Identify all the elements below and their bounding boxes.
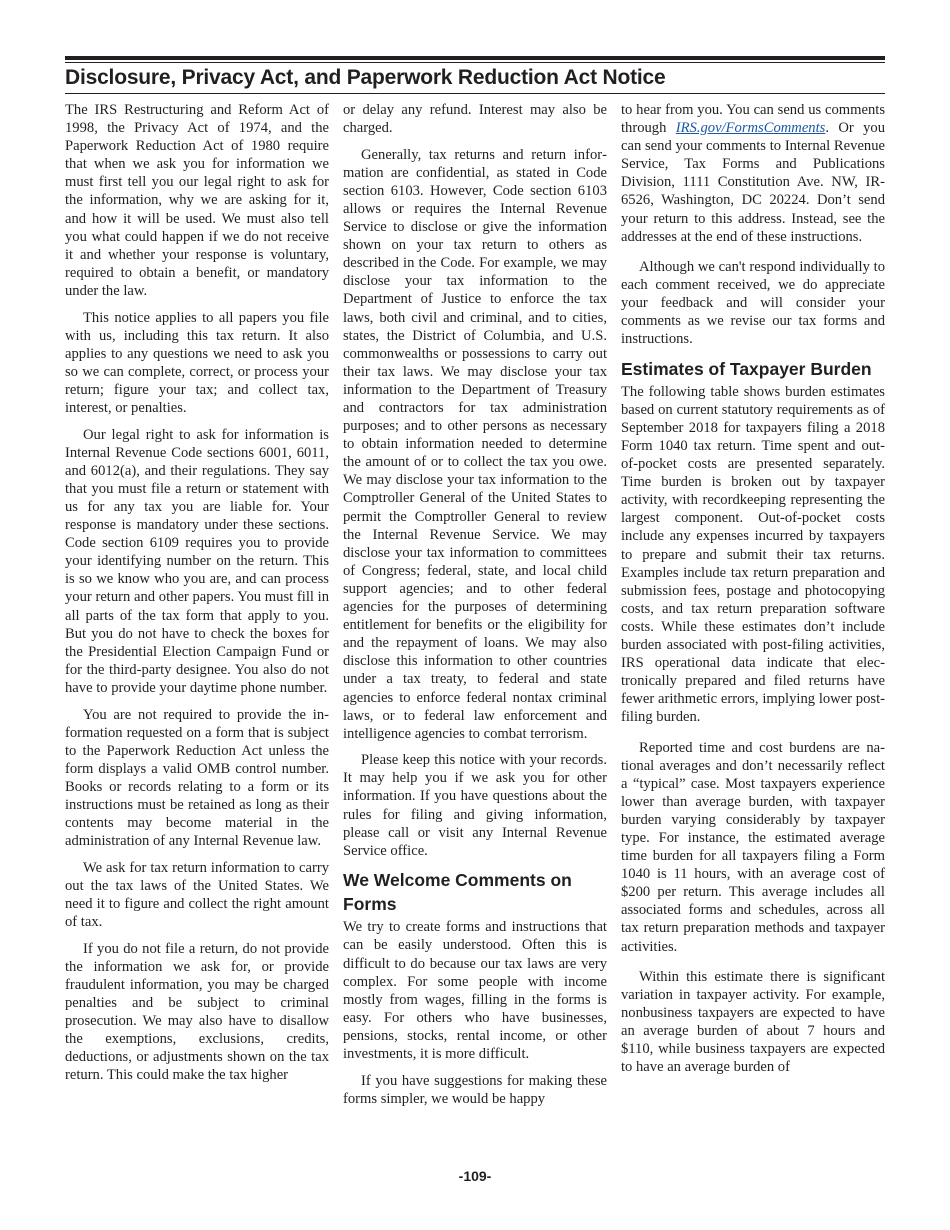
paragraph: Generally, tax returns and return infor­… (343, 146, 607, 743)
paragraph: Our legal right to ask for information i… (65, 426, 329, 697)
header-thick-rule (65, 56, 885, 60)
forms-comments-link[interactable]: IRS.gov/FormsComments (676, 120, 826, 136)
paragraph: This notice applies to all papers you fi… (65, 309, 329, 418)
title-underline-rule (65, 93, 885, 94)
column-3: to hear from you. You can send us com­me… (621, 101, 885, 1085)
header-thin-rule (65, 62, 885, 63)
paragraph: You are not required to provide the in­f… (65, 706, 329, 851)
page-number: -109- (65, 1168, 885, 1184)
column-2: or delay any refund. Interest may also b… (343, 101, 607, 1116)
page-title: Disclosure, Privacy Act, and Paperwork R… (65, 64, 885, 92)
document-page: Disclosure, Privacy Act, and Paperwork R… (65, 0, 885, 1230)
paragraph: The IRS Restructuring and Reform Act of … (65, 101, 329, 300)
paragraph: Please keep this notice with your re­cor… (343, 751, 607, 860)
paragraph-text: . Or you can send your comments to Inter… (621, 120, 885, 245)
section-heading-burden: Estimates of Taxpayer Burden (621, 357, 885, 381)
paragraph: The following table shows burden esti­ma… (621, 383, 885, 727)
column-1: The IRS Restructuring and Reform Act of … (65, 101, 329, 1093)
paragraph: If you have suggestions for making these… (343, 1072, 607, 1108)
paragraph: If you do not file a return, do not pro­… (65, 940, 329, 1085)
paragraph: We ask for tax return information to car… (65, 859, 329, 931)
paragraph: We try to create forms and instructions … (343, 918, 607, 1063)
section-heading-comments: We Welcome Comments on Forms (343, 868, 607, 916)
paragraph: Reported time and cost burdens are na­ti… (621, 739, 885, 956)
paragraph: to hear from you. You can send us com­me… (621, 101, 885, 246)
paragraph: or delay any refund. Interest may also b… (343, 101, 607, 137)
paragraph: Within this estimate there is significan… (621, 968, 885, 1077)
paragraph: Although we can't respond individual­ly … (621, 258, 885, 348)
